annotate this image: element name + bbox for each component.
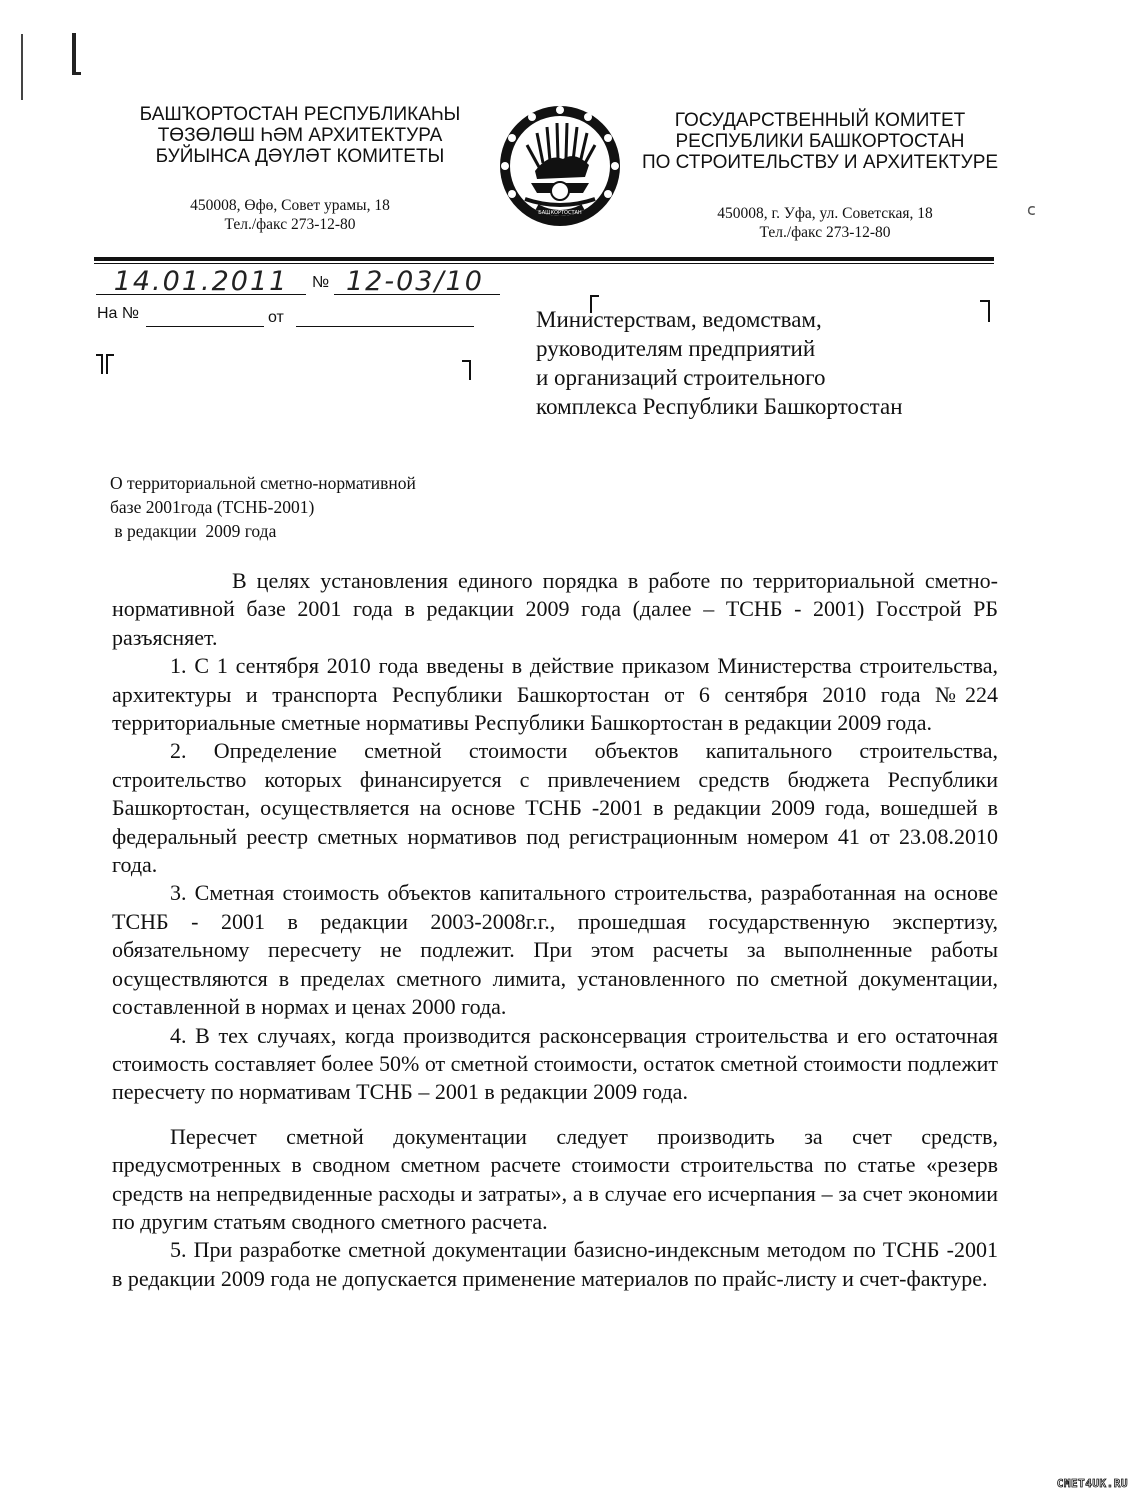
org-line: ГОСУДАРСТВЕННЫЙ КОМИТЕТ bbox=[640, 110, 1000, 131]
phone-line: Тел./факс 273-12-80 bbox=[140, 215, 440, 234]
svg-text:БАШКОРТОСТАН: БАШКОРТОСТАН bbox=[538, 210, 582, 216]
address-russian: 450008, г. Уфа, ул. Советская, 18 Тел./ф… bbox=[680, 204, 970, 242]
org-line: ТӨЗӨЛӨШ ҺӘМ АРХИТЕКТУРА bbox=[100, 125, 500, 146]
reply-to-label: На № bbox=[97, 305, 139, 323]
org-line: РЕСПУБЛИКИ БАШКОРТОСТАН bbox=[640, 131, 1000, 152]
scan-artifact-mark bbox=[72, 72, 81, 75]
addressee-line: комплекса Республики Башкортостан bbox=[536, 392, 903, 421]
subject-line: О территориальной сметно-нормативной bbox=[110, 471, 416, 495]
org-name-russian: ГОСУДАРСТВЕННЫЙ КОМИТЕТ РЕСПУБЛИКИ БАШКО… bbox=[640, 110, 1000, 173]
date-field: 14.01.2011 bbox=[96, 266, 306, 295]
site-watermark: CMET4UK.RU bbox=[1057, 1477, 1128, 1490]
corner-mark-right bbox=[462, 360, 472, 380]
paragraph-1: 1. С 1 сентября 2010 года введены в дейс… bbox=[112, 652, 998, 737]
addressee-line: руководителям предприятий bbox=[536, 334, 903, 363]
addressee-corner-right bbox=[980, 300, 990, 322]
letterhead-rule bbox=[94, 257, 994, 261]
paragraph-2: 2. Определение сметной стоимости объекто… bbox=[112, 737, 998, 879]
reply-to-field bbox=[146, 312, 264, 327]
address-bashkir: 450008, Өфө, Совет урамы, 18 Тел./факс 2… bbox=[140, 196, 440, 234]
paragraph-5: 5. При разработке сметной документации б… bbox=[112, 1236, 998, 1293]
intro-paragraph: В целях установления единого порядка в р… bbox=[112, 567, 998, 652]
address-line: 450008, г. Уфа, ул. Советская, 18 bbox=[680, 204, 970, 223]
phone-line: Тел./факс 273-12-80 bbox=[680, 223, 970, 242]
subject-line: в редакции 2009 года bbox=[110, 519, 416, 543]
number-field: 12-03/10 bbox=[334, 266, 500, 295]
from-label: от bbox=[268, 309, 284, 327]
scan-artifact-mark bbox=[72, 33, 76, 75]
subject-block: О территориальной сметно-нормативной баз… bbox=[110, 471, 416, 543]
paragraph-4-continued: Пересчет сметной документации следует пр… bbox=[112, 1123, 998, 1237]
scan-artifact-line bbox=[21, 34, 23, 100]
coat-of-arms-emblem: БАШКОРТОСТАН bbox=[497, 103, 623, 229]
letter-body: В целях установления единого порядка в р… bbox=[112, 567, 998, 1293]
org-line: БАШҠОРТОСТАН РЕСПУБЛИКАҺЫ bbox=[100, 104, 500, 125]
scan-artifact-mark: ⅽ bbox=[1027, 200, 1036, 220]
org-line: ПО СТРОИТЕЛЬСТВУ И АРХИТЕКТУРЕ bbox=[640, 152, 1000, 173]
number-value: 12-03/10 bbox=[334, 266, 484, 297]
org-name-bashkir: БАШҠОРТОСТАН РЕСПУБЛИКАҺЫ ТӨЗӨЛӨШ ҺӘМ АР… bbox=[100, 104, 500, 167]
from-date-field bbox=[296, 312, 474, 327]
letterhead-rule-thin bbox=[94, 263, 994, 264]
date-value: 14.01.2011 bbox=[114, 266, 289, 297]
addressee-line: и организаций строительного bbox=[536, 363, 903, 392]
address-line: 450008, Өфө, Совет урамы, 18 bbox=[140, 196, 440, 215]
number-label: № bbox=[312, 274, 329, 292]
paragraph-3: 3. Сметная стоимость объектов капитально… bbox=[112, 879, 998, 1021]
subject-line: базе 2001года (ТСНБ-2001) bbox=[110, 495, 416, 519]
addressee-block: Министерствам, ведомствам, руководителям… bbox=[536, 305, 903, 421]
paragraph-4: 4. В тех случаях, когда производится рас… bbox=[112, 1022, 998, 1107]
org-line: БУЙЫНСА ДӘҮЛӘТ КОМИТЕТЫ bbox=[100, 146, 500, 167]
addressee-line: Министерствам, ведомствам, bbox=[536, 305, 903, 334]
corner-mark-left bbox=[96, 354, 110, 374]
emblem-icon: БАШКОРТОСТАН bbox=[497, 103, 623, 229]
